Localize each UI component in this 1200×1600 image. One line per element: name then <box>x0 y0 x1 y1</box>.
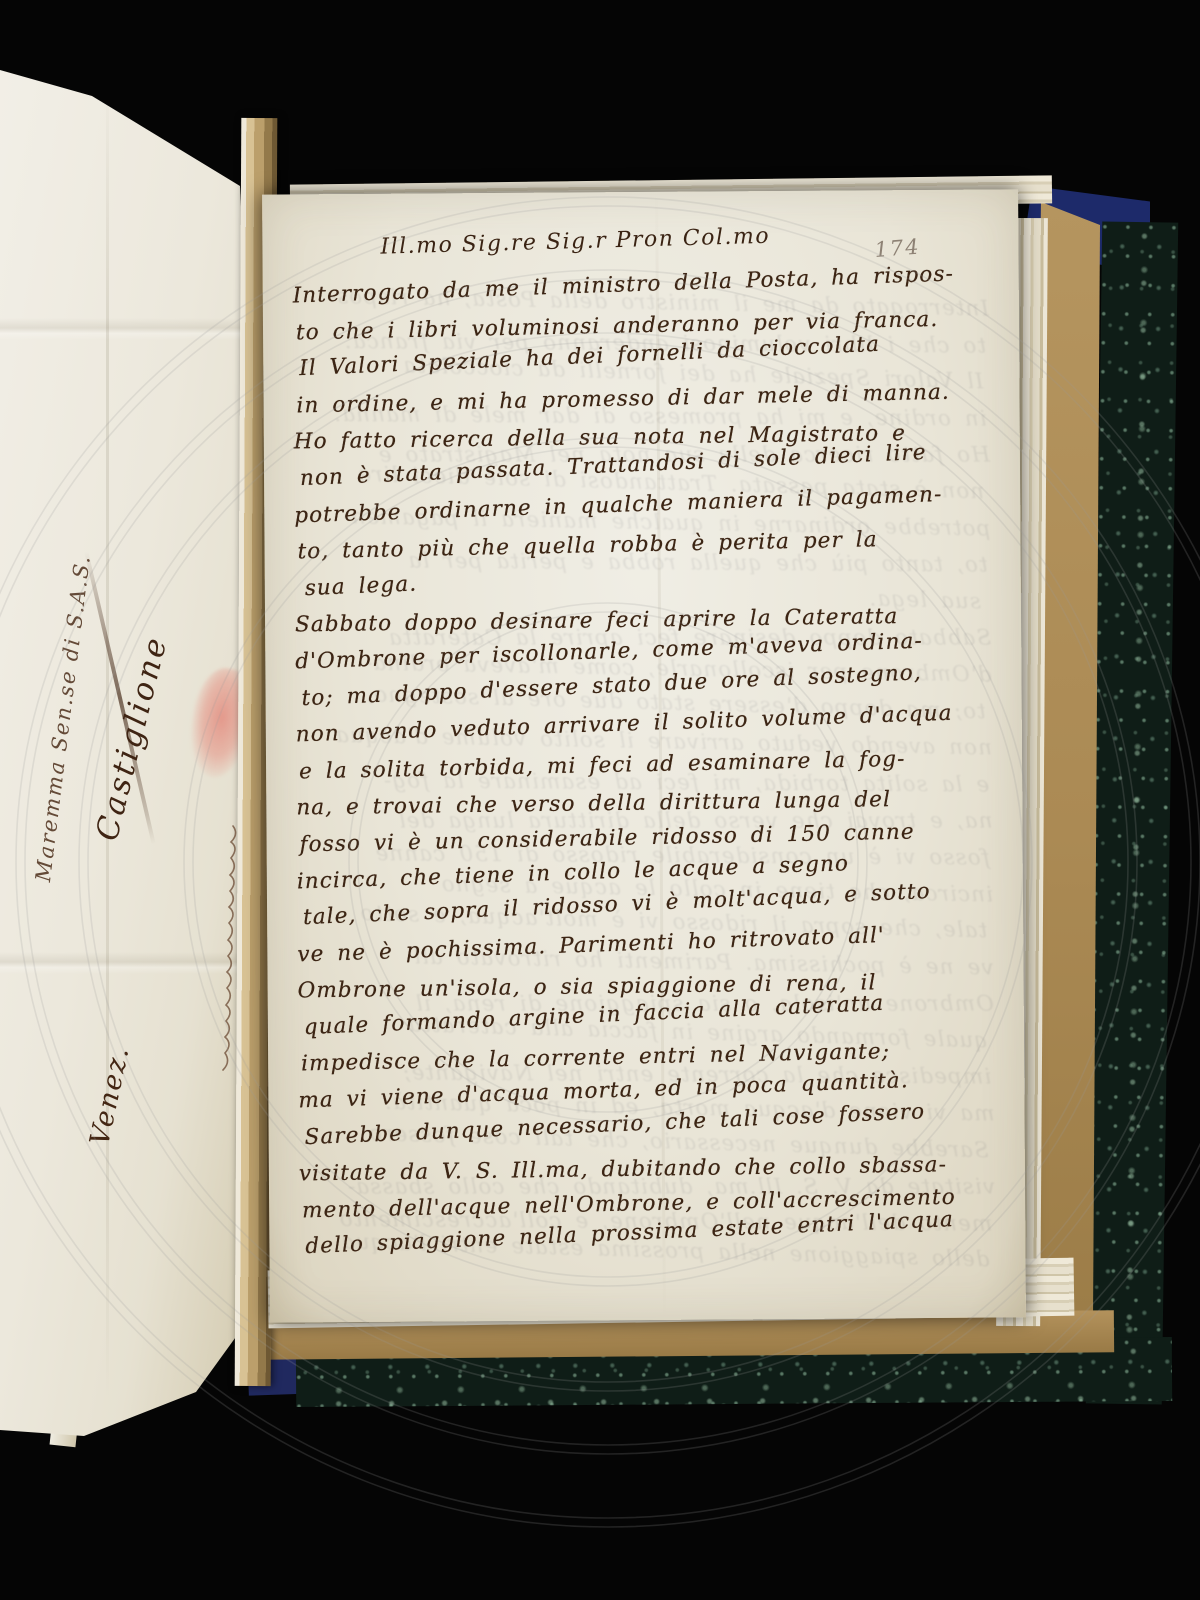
paper-crease <box>0 318 272 340</box>
photo-backdrop: Maremma Sen.se di S.A.S. Castiglione Ven… <box>0 0 1200 1600</box>
paper-crease <box>106 70 109 1400</box>
venez-script: Venez. <box>70 975 150 1216</box>
gutter-docket-script <box>222 822 244 1082</box>
manuscript-lines: Interrogato da me il ministro della Post… <box>293 273 1012 1266</box>
left-page: Maremma Sen.se di S.A.S. Castiglione Ven… <box>0 0 272 1460</box>
marbled-cover-right <box>1086 222 1178 1405</box>
letter-heading: Ill.mo Sig.re Sig.r Pron Col.mo <box>380 222 841 260</box>
manuscript-page: Interrogato da me il ministro della Post… <box>262 189 1026 1322</box>
